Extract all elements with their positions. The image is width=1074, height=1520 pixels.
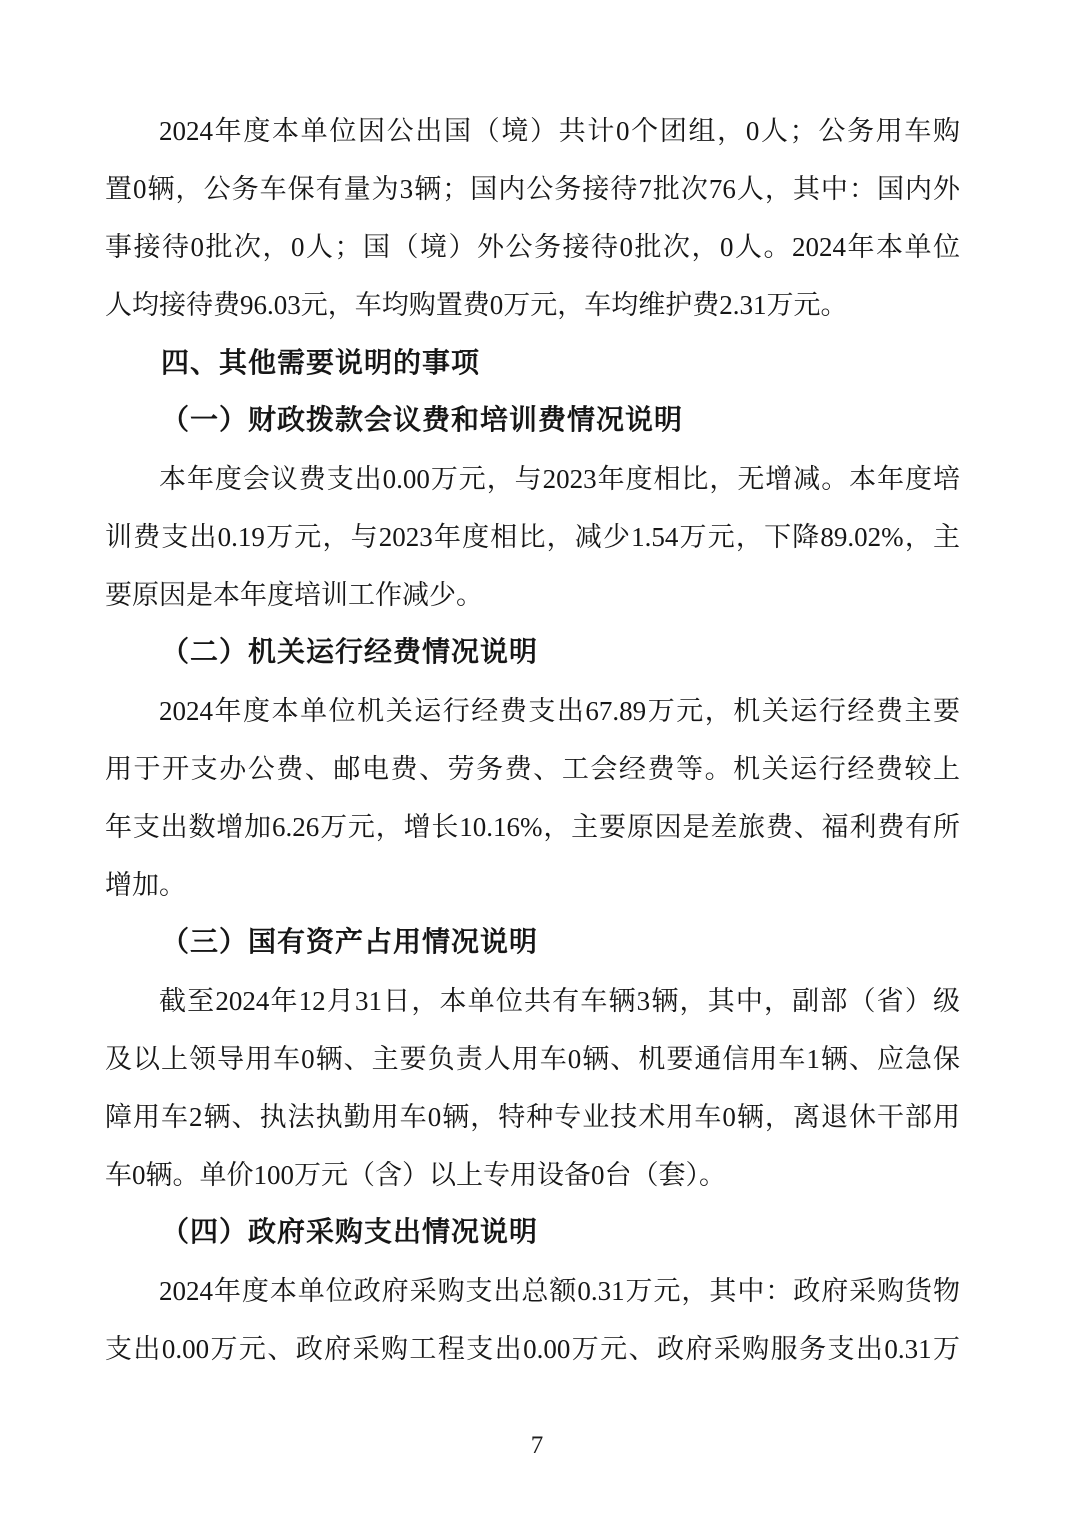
subsection-2-paragraph-line: 2024年度本单位机关运行经费支出67.89万元，机关运行经费主要 <box>105 682 960 740</box>
subsection-3-paragraph-line: 截至2024年12月31日，本单位共有车辆3辆，其中，副部（省）级 <box>105 972 960 1030</box>
subsection-1-heading: （一）财政拨款会议费和培训费情况说明 <box>105 392 960 450</box>
intro-paragraph-line: 2024年度本单位因公出国（境）共计0个团组，0人；公务用车购 <box>105 102 960 160</box>
subsection-1-paragraph-line: 要原因是本年度培训工作减少。 <box>105 566 960 624</box>
subsection-4-paragraph-line: 2024年度本单位政府采购支出总额0.31万元，其中：政府采购货物 <box>105 1262 960 1320</box>
intro-paragraph-line: 人均接待费96.03元，车均购置费0万元，车均维护费2.31万元。 <box>105 276 960 334</box>
subsection-1-paragraph-line: 训费支出0.19万元，与2023年度相比，减少1.54万元，下降89.02%，主 <box>105 508 960 566</box>
section-heading: 四、其他需要说明的事项 <box>105 334 960 392</box>
subsection-2-paragraph-line: 用于开支办公费、邮电费、劳务费、工会经费等。机关运行经费较上 <box>105 740 960 798</box>
subsection-2-paragraph-line: 年支出数增加6.26万元，增长10.16%，主要原因是差旅费、福利费有所 <box>105 798 960 856</box>
subsection-3-heading: （三）国有资产占用情况说明 <box>105 914 960 972</box>
intro-paragraph-line: 事接待0批次，0人；国（境）外公务接待0批次，0人。2024年本单位 <box>105 218 960 276</box>
intro-paragraph-line: 置0辆，公务车保有量为3辆；国内公务接待7批次76人，其中：国内外 <box>105 160 960 218</box>
subsection-3-paragraph-line: 车0辆。单价100万元（含）以上专用设备0台（套）。 <box>105 1146 960 1204</box>
subsection-3-paragraph-line: 障用车2辆、执法执勤用车0辆，特种专业技术用车0辆，离退休干部用 <box>105 1088 960 1146</box>
subsection-4-heading: （四）政府采购支出情况说明 <box>105 1204 960 1262</box>
subsection-1-paragraph-line: 本年度会议费支出0.00万元，与2023年度相比，无增减。本年度培 <box>105 450 960 508</box>
subsection-2-heading: （二）机关运行经费情况说明 <box>105 624 960 682</box>
document-page: 2024年度本单位因公出国（境）共计0个团组，0人；公务用车购 置0辆，公务车保… <box>0 0 1074 1520</box>
page-number: 7 <box>0 1430 1074 1462</box>
subsection-3-paragraph-line: 及以上领导用车0辆、主要负责人用车0辆、机要通信用车1辆、应急保 <box>105 1030 960 1088</box>
subsection-2-paragraph-line: 增加。 <box>105 856 960 914</box>
subsection-4-paragraph-line: 支出0.00万元、政府采购工程支出0.00万元、政府采购服务支出0.31万 <box>105 1320 960 1378</box>
